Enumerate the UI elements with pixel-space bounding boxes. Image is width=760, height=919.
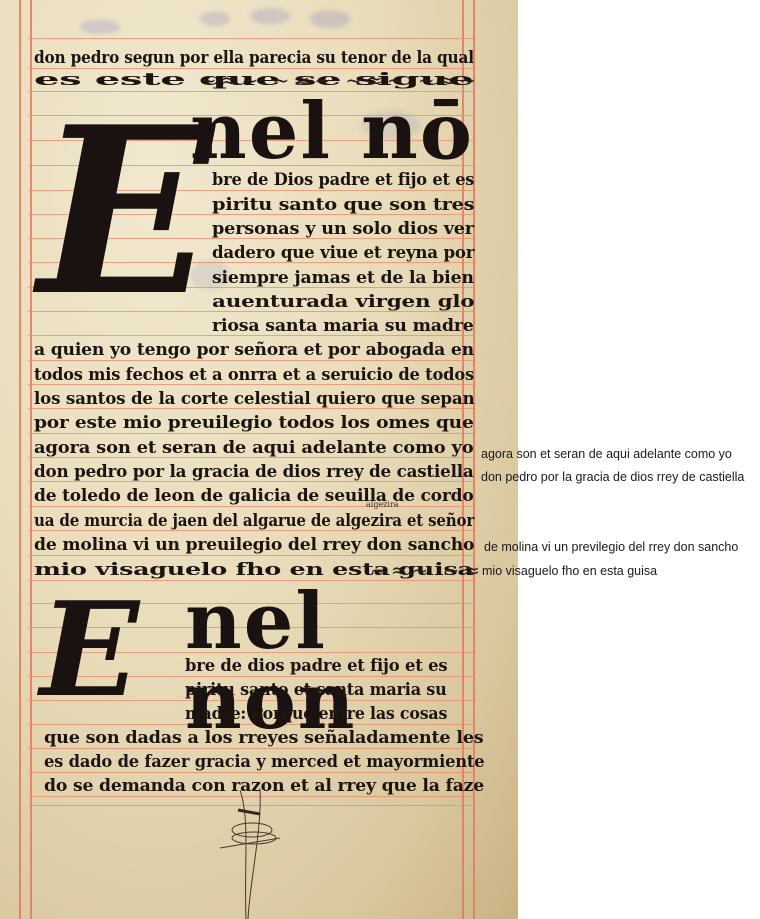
manuscript-line: agora son et seran de aqui adelante como… [34,438,473,458]
heading-word: nel nō [190,92,474,172]
manuscript-line: piritu santo et santa maria su [185,680,447,700]
line-rule [28,555,474,556]
manuscript-line: auenturada virgen glo [212,292,474,312]
manuscript-line: que son dadas a los rreyes señaladamente… [44,728,484,748]
manuscript-line: bre de Dios padre et fijo et es [212,170,474,190]
line-rule [28,748,474,749]
transcription-line: mio visaguelo fho en esta guisa [482,563,657,579]
manuscript-line: ua de murcia de jaen del algarue de alge… [34,511,474,531]
manuscript-line: es dado de fazer gracia y merced et mayo… [44,752,484,772]
line-rule [28,772,474,773]
manuscript-line: de toledo de leon de galicia de seuilla … [34,486,473,506]
ink-stain [80,20,120,34]
decorated-initial-e: E [40,580,139,720]
margin-rule [19,0,21,919]
signature-scribble [210,790,300,919]
manuscript-line: madre: Porque entre las cosas [185,704,447,724]
manuscript-line: don pedro por la gracia de dios rrey de … [34,462,474,482]
line-rule [28,433,474,434]
line-rule [28,506,474,507]
manuscript-line: bre de dios padre et fijo et es [185,656,447,676]
margin-rule [30,0,32,919]
transcription-line: agora son et seran de aqui adelante como… [481,446,732,462]
manuscript-line: todos mis fechos et a onrra et a seruici… [34,365,474,385]
manuscript-image: don pedro segun por ella parecia su teno… [0,0,518,919]
ink-stain [200,12,230,26]
manuscript-line: riosa santa maria su madre [212,316,474,336]
manuscript-line: piritu santo que son tres [212,195,474,215]
manuscript-line: personas y un solo dios ver [212,219,474,239]
manuscript-line: dadero que viue et reyna por [212,243,474,263]
decorated-initial-e: E [38,92,213,332]
transcription-line: de molina vi un previlegio del rrey don … [484,539,738,555]
interlinear-note: algezira [366,500,399,509]
ink-stain [310,10,350,28]
manuscript-line: siempre jamas et de la bien [212,268,474,288]
manuscript-line: de molina vi un preuilegio del rrey don … [34,535,474,555]
line-filler-flourish: ~≈~ ~≈ [370,558,484,582]
ink-stain [250,8,290,24]
manuscript-line: a quien yo tengo por señora et por aboga… [34,340,474,360]
line-rule [28,360,474,361]
manuscript-line: don pedro segun por ella parecia su teno… [34,48,474,68]
manuscript-line: por este mio preuilegio todos los omes q… [34,413,474,433]
manuscript-line: los santos de la corte celestial quiero … [34,389,474,409]
transcription-line: don pedro por la gracia de dios rrey de … [481,469,744,485]
line-rule [28,38,474,39]
